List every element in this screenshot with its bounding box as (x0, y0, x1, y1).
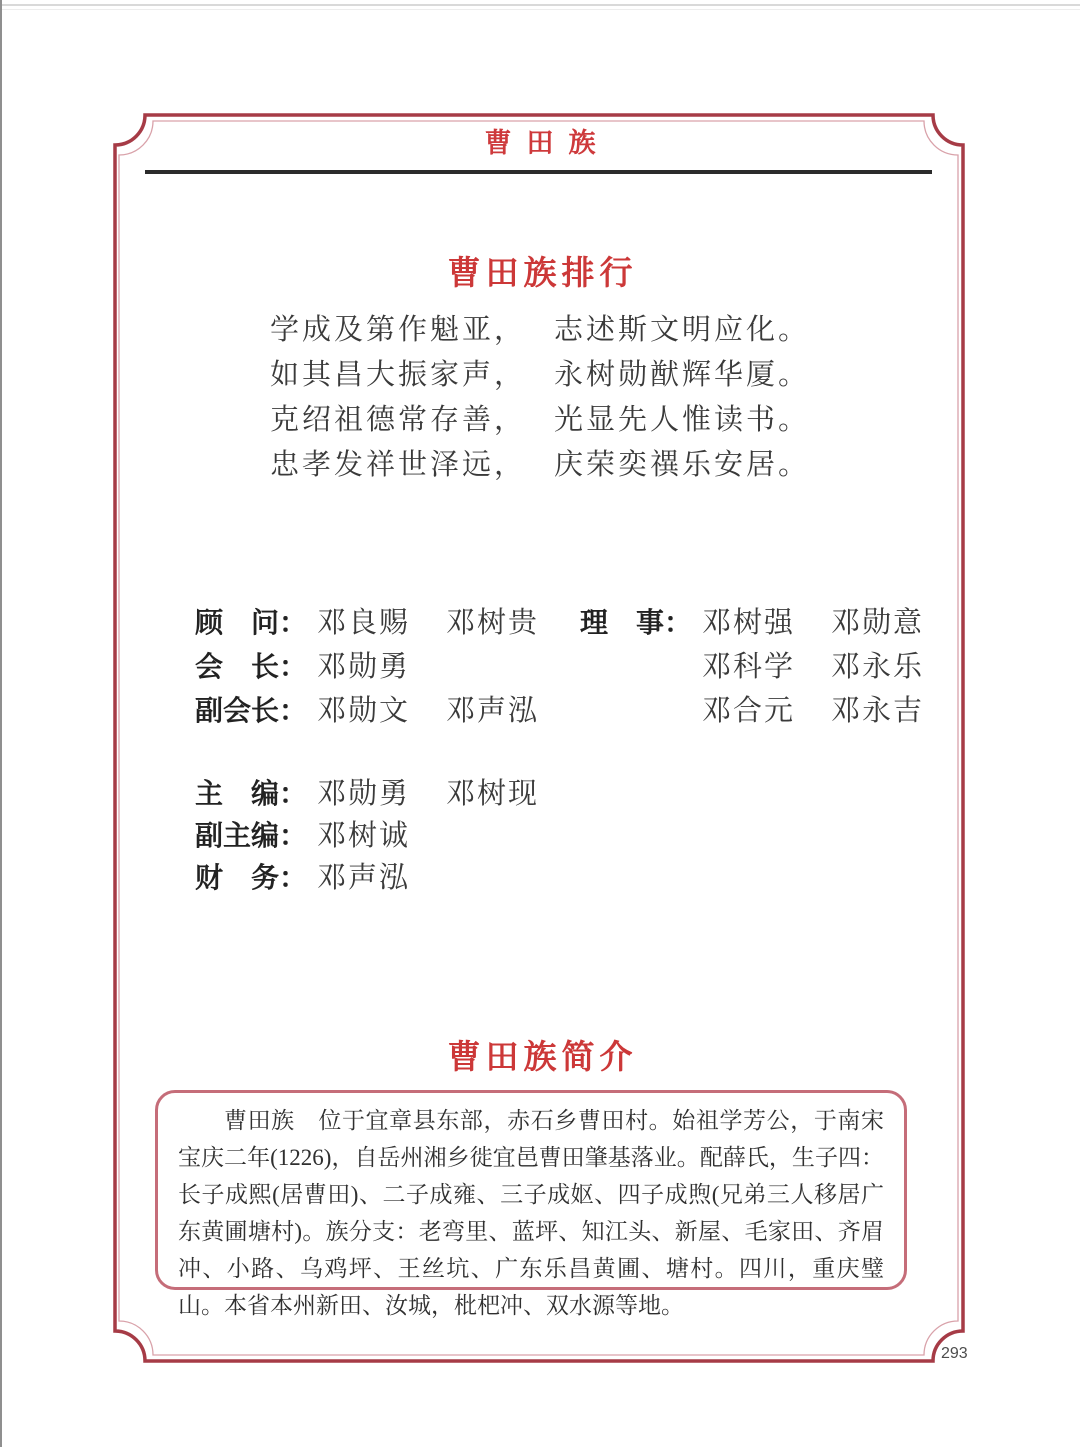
poem-line: 如其昌大振家声， 永树勋猷辉华厦。 (0, 353, 1080, 398)
poem-verse: 忠孝发祥世泽远， (270, 443, 526, 488)
officer-name: 邓声泓 (446, 695, 539, 727)
officer-name: 邓勋文 (317, 695, 410, 727)
poem-verse: 克绍祖德常存善， (270, 398, 526, 443)
officer-role-label: 副会长： (195, 689, 313, 733)
officer-name: 邓科学 (702, 651, 795, 683)
officer-row-director: 邓科学 邓永乐 (580, 645, 924, 689)
page-header-title: 曹田族 (0, 121, 1080, 160)
officer-name: 邓良赐 (317, 607, 410, 639)
officer-row-director: 理 事： 邓树强 邓勋意 (580, 601, 924, 645)
officer-name: 邓勋勇 (317, 778, 410, 810)
officer-row-deputy-editor: 副主编： 邓树诚 (195, 815, 539, 857)
officer-name: 邓声泓 (317, 862, 410, 894)
officer-name: 邓合元 (702, 695, 795, 727)
officer-name: 邓勋勇 (317, 651, 410, 683)
officer-role-label: 顾 问： (195, 601, 313, 645)
poem-line: 学成及第作魁亚， 志述斯文明应化。 (0, 308, 1080, 353)
officer-role-label: 副主编： (195, 815, 313, 857)
officer-row-president: 会 长： 邓勋勇 (195, 645, 539, 689)
officer-name: 邓树诚 (317, 820, 410, 852)
page-number: 293 (941, 1345, 968, 1363)
poem-verse: 志述斯文明应化。 (554, 308, 810, 353)
officer-role-label: 主 编： (195, 773, 313, 815)
officer-row-chief-editor: 主 编： 邓勋勇 邓树现 (195, 773, 539, 815)
intro-section-title: 曹田族简介 (0, 1031, 1080, 1078)
officers-list-right: 理 事： 邓树强 邓勋意 邓科学 邓永乐 邓合元 邓永吉 (580, 601, 924, 733)
officer-name: 邓永吉 (831, 695, 924, 727)
officer-row-treasurer: 财 务： 邓声泓 (195, 857, 539, 899)
generation-poem: 学成及第作魁亚， 志述斯文明应化。 如其昌大振家声， 永树勋猷辉华厦。 克绍祖德… (0, 308, 1080, 488)
intro-paragraph: 曹田族 位于宜章县东部，赤石乡曹田村。始祖学芳公，于南宋宝庆二年(1226)，自… (178, 1102, 884, 1324)
editors-list: 主 编： 邓勋勇 邓树现 副主编： 邓树诚 财 务： 邓声泓 (195, 773, 539, 899)
officer-role-label: 会 长： (195, 645, 313, 689)
poem-verse: 永树勋猷辉华厦。 (554, 353, 810, 398)
intro-text-box: 曹田族 位于宜章县东部，赤石乡曹田村。始祖学芳公，于南宋宝庆二年(1226)，自… (155, 1090, 907, 1290)
officer-row-advisor: 顾 问： 邓良赐 邓树贵 (195, 601, 539, 645)
officer-name: 邓树强 (702, 607, 795, 639)
officer-row-vice-president: 副会长： 邓勋文 邓声泓 (195, 689, 539, 733)
officer-role-label: 理 事： (580, 601, 698, 645)
poem-verse: 庆荣奕禩乐安居。 (554, 443, 810, 488)
poem-line: 克绍祖德常存善， 光显先人惟读书。 (0, 398, 1080, 443)
officer-name: 邓树现 (446, 778, 539, 810)
officer-role-label: 财 务： (195, 857, 313, 899)
officer-name: 邓树贵 (446, 607, 539, 639)
officer-name: 邓勋意 (831, 607, 924, 639)
officer-row-director: 邓合元 邓永吉 (580, 689, 924, 733)
poem-line: 忠孝发祥世泽远， 庆荣奕禩乐安居。 (0, 443, 1080, 488)
poem-verse: 光显先人惟读书。 (554, 398, 810, 443)
header-divider-rule (145, 170, 932, 174)
officers-list-left: 顾 问： 邓良赐 邓树贵 会 长： 邓勋勇 副会长： 邓勋文 邓声泓 (195, 601, 539, 733)
poem-verse: 学成及第作魁亚， (270, 308, 526, 353)
officer-name: 邓永乐 (831, 651, 924, 683)
ranking-section-title: 曹田族排行 (0, 247, 1080, 294)
poem-verse: 如其昌大振家声， (270, 353, 526, 398)
